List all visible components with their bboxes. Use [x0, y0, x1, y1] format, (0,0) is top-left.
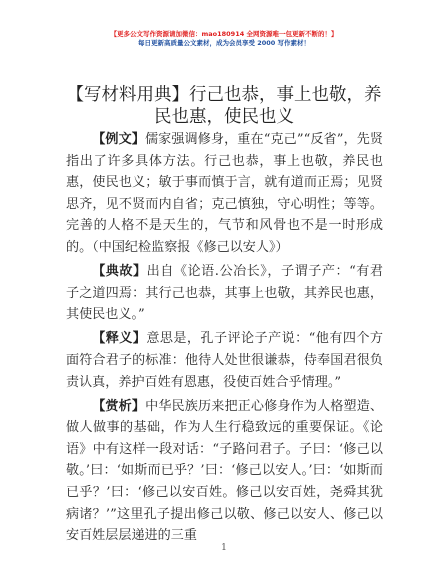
section-tag: 【例文】	[92, 132, 145, 147]
section-appreciation: 【赏析】中华民族历来把正心修身作为人格塑造、做人做事的基础，作为人生行稳致远的重…	[66, 396, 383, 547]
section-allusion: 【典故】出自《论语.公冶长》，子谓子产：“有君子之道四焉：其行己也恭，其事上也敬…	[66, 261, 383, 326]
section-text: 中华民族历来把正心修身作为人格塑造、做人做事的基础，作为人生行稳致远的重要保证。…	[66, 399, 383, 544]
page-number: 1	[0, 543, 448, 553]
section-example: 【例文】儒家强调修身，重在“克己”“反省”，先贤指出了许多具体方法。行己也恭，事…	[66, 129, 383, 259]
section-tag: 【典故】	[92, 264, 146, 279]
document-body: 【例文】儒家强调修身，重在“克己”“反省”，先贤指出了许多具体方法。行己也恭，事…	[66, 129, 383, 549]
document-title: 【写材料用典】行己也恭，事上也敬，养民也惠，使民也义	[66, 85, 382, 128]
section-tag: 【赏析】	[92, 399, 145, 414]
document-page: 【更多公文写作资源请加微信：mao180914 全网资源唯一包更新不断的！】 每…	[0, 0, 448, 580]
promo-header: 【更多公文写作资源请加微信：mao180914 全网资源唯一包更新不断的！】 每…	[0, 30, 448, 47]
section-text: 儒家强调修身，重在“克己”“反省”，先贤指出了许多具体方法。行己也恭，事上也敬，…	[66, 132, 383, 255]
section-tag: 【释义】	[92, 331, 146, 346]
promo-line-membership: 每日更新高质量公文素材，成为会员享受 2000 写作素材！	[0, 39, 448, 48]
promo-line-wechat: 【更多公文写作资源请加微信：mao180914 全网资源唯一包更新不断的！】	[0, 30, 448, 39]
section-interpretation: 【释义】意思是，孔子评论子产说：“他有四个方面符合君子的标准：他待人处世很谦恭，…	[66, 328, 383, 393]
